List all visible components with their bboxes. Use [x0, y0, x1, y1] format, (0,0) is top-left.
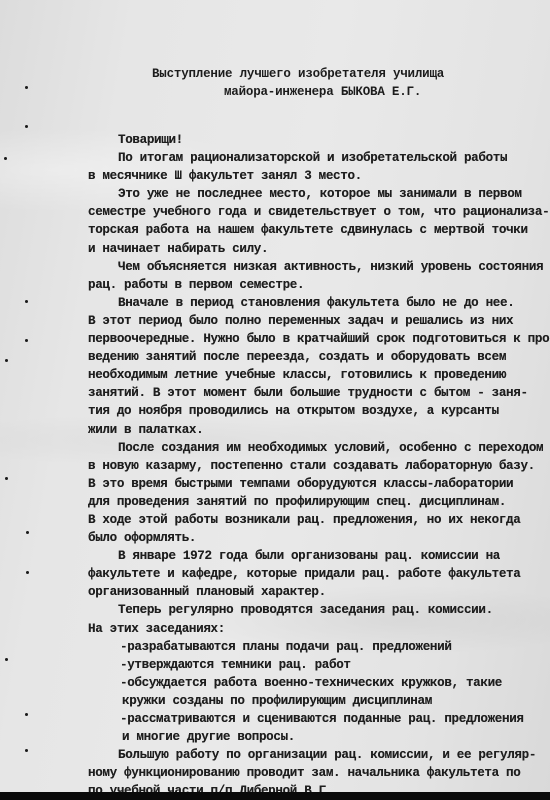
text-line: ному функционированию проводит зам. нача…: [88, 764, 549, 782]
text-line: ведению занятий после переезда, создать …: [88, 348, 549, 366]
text-line: первоочередные. Нужно было в кратчайший …: [88, 330, 549, 348]
punch-mark: [25, 749, 28, 752]
text-line: торская работа на нашем факультете сдвин…: [88, 221, 549, 239]
text-line: рац. работы в первом семестре.: [88, 276, 549, 294]
text-line: семестре учебного года и свидетельствует…: [88, 203, 549, 221]
text-line: Вначале в период становления факультета …: [88, 294, 549, 312]
text-line: необходимым летние учебные классы, готов…: [88, 366, 549, 384]
punch-mark: [4, 157, 7, 160]
text-line: Чем объясняется низкая активность, низки…: [88, 258, 549, 276]
text-line: -рассматриваются и сцениваются поданные …: [88, 710, 549, 728]
punch-mark: [5, 359, 8, 362]
punch-mark: [25, 300, 28, 303]
text-line: В это время быстрыми темпами оборудуются…: [88, 475, 549, 493]
punch-mark: [25, 713, 28, 716]
punch-mark: [25, 339, 28, 342]
text-line: Это уже не последнее место, которое мы з…: [88, 185, 549, 203]
text-line: Большую работу по организации рац. комис…: [88, 746, 549, 764]
text-line: занятий. В этот момент были большие труд…: [88, 384, 549, 402]
text-line: организованный плановый характер.: [88, 583, 549, 601]
text-line: кружки созданы по профилирующим дисципли…: [88, 692, 549, 710]
text-line: Товарищи!: [88, 131, 549, 149]
text-line: жили в палатках.: [88, 421, 549, 439]
text-line: -разрабатываются планы подачи рац. предл…: [88, 638, 549, 656]
text-line: факультете и кафедре, которые придали ра…: [88, 565, 549, 583]
punch-mark: [5, 658, 8, 661]
text-line: В этот период было полно переменных зада…: [88, 312, 549, 330]
text-line: В январе 1972 года были организованы рац…: [88, 547, 549, 565]
text-line: для проведения занятий по профилирующим …: [88, 493, 549, 511]
text-line: было оформлять.: [88, 529, 549, 547]
punch-mark: [25, 125, 28, 128]
document-subtitle: майора-инженера БЫКОВА Е.Г.: [224, 85, 550, 99]
punch-mark: [26, 571, 29, 574]
text-line: в новую казарму, постепенно стали создав…: [88, 457, 549, 475]
punch-mark: [25, 86, 28, 89]
punch-mark: [26, 531, 29, 534]
text-line: После создания им необходимых условий, о…: [88, 439, 549, 457]
document-title: Выступление лучшего изобретателя училища: [152, 67, 550, 81]
text-line: В ходе этой работы возникали рац. предло…: [88, 511, 549, 529]
document-body: Товарищи!По итогам рационализаторской и …: [88, 131, 549, 792]
text-line: -утверждаются темники рац. работ: [88, 656, 549, 674]
text-line: и многие другие вопросы.: [88, 728, 549, 746]
text-line: На этих заседаниях:: [88, 620, 549, 638]
text-line: по учебной части п/п Либерной В.Г.: [88, 782, 549, 792]
text-line: и начинает набирать силу.: [88, 240, 549, 258]
text-line: тия до ноября проводились на открытом во…: [88, 402, 549, 420]
text-line: По итогам рационализаторской и изобретат…: [88, 149, 549, 167]
text-line: в месячнике Ш факультет занял 3 место.: [88, 167, 549, 185]
typed-document-page: Выступление лучшего изобретателя училища…: [0, 0, 550, 792]
text-line: -обсуждается работа военно-технических к…: [88, 674, 549, 692]
text-line: Теперь регулярно проводятся заседания ра…: [88, 601, 549, 619]
punch-mark: [5, 477, 8, 480]
